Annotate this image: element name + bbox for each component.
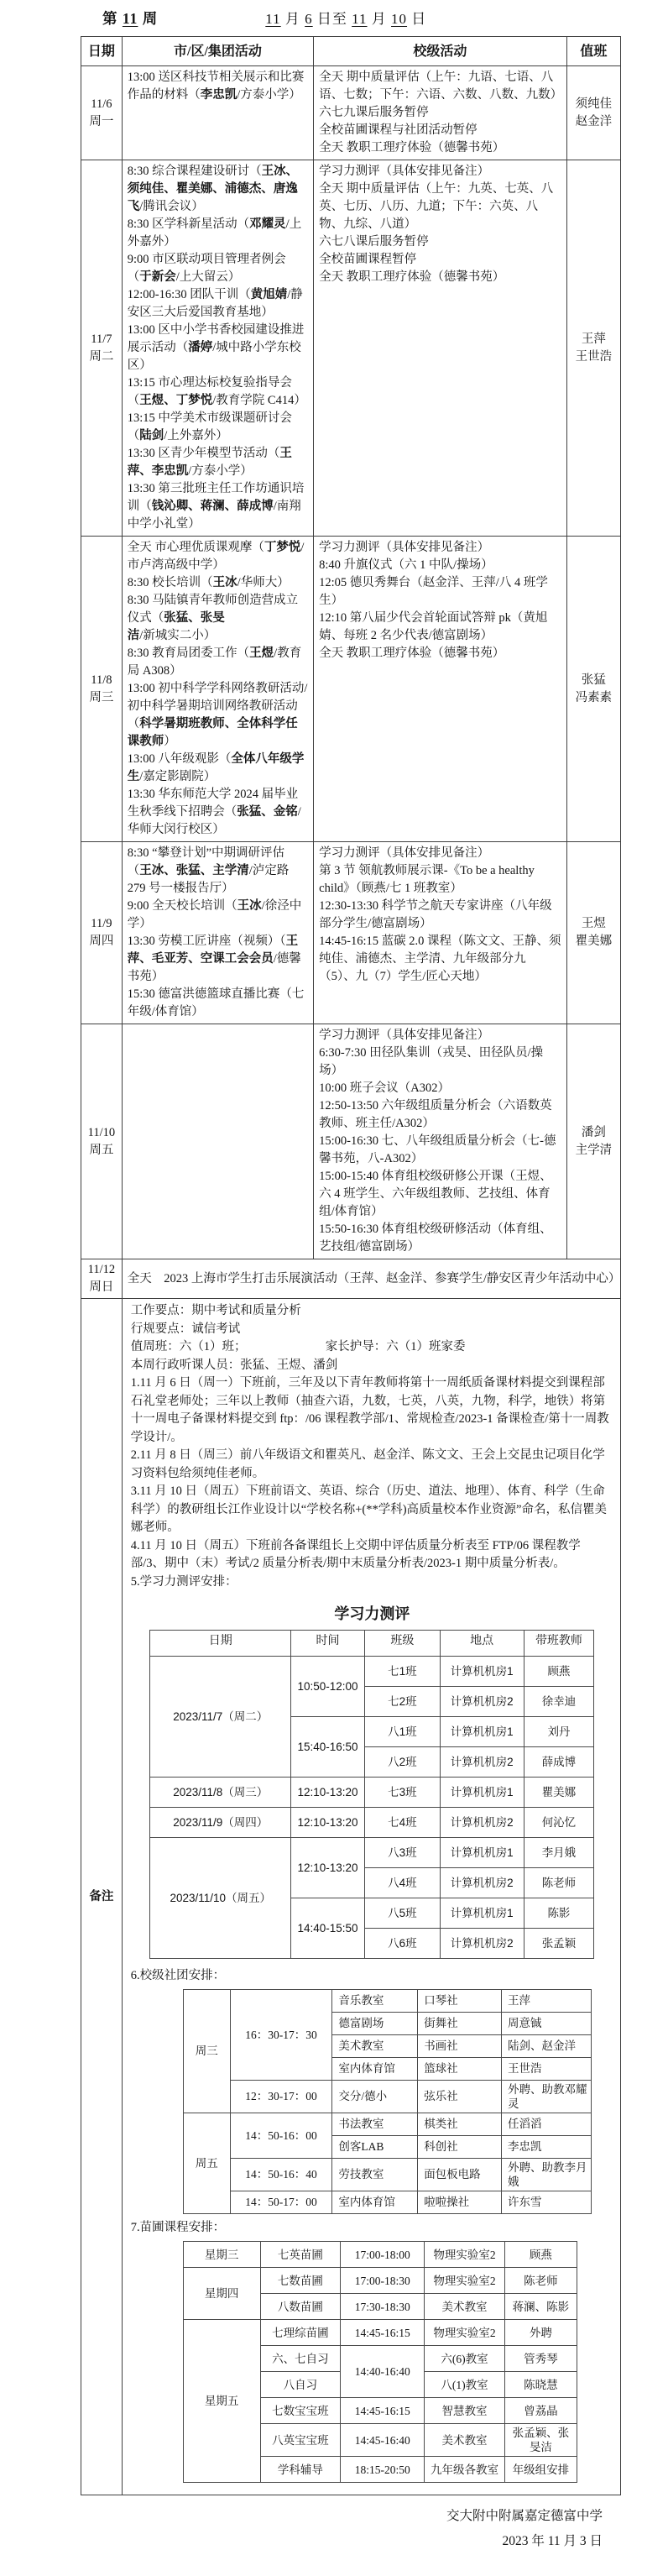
city-activity: 8:30 “攀登计划”中期调研评估（王冰、张猛、主学清/泸定路 279 号一楼报…	[128, 845, 308, 898]
assessment-teacher: 瞿美娜	[524, 1778, 594, 1808]
club-teacher: 王萍	[501, 1989, 591, 2012]
date-cell: 11/10周五	[81, 1024, 123, 1259]
school-activity: 学习力测评（具体安排见备注）	[319, 163, 561, 181]
note-line: 值周班：六（1）班； 家长护导：六（1）班家委	[131, 1338, 613, 1357]
club-row: 12：30-17：00交分/德小弦乐社外聘、助教邓耀灵	[183, 2080, 591, 2113]
seedling-course: 七理综苗圃	[260, 2320, 341, 2346]
assessment-column-header: 时间	[291, 1631, 365, 1657]
seedling-teacher: 曾荔晶	[504, 2398, 577, 2424]
club-room: 美术教室	[332, 2034, 418, 2057]
assessment-title: 学习力测评	[150, 1598, 594, 1631]
city-activity: 8:30 区学科新星活动（邓耀灵/上外嘉外）	[128, 216, 308, 251]
city-activity: 13:15 市心理达标校复验指导会（王煜、丁梦悦/教育学院 C414）	[128, 374, 308, 410]
school-activity: 12:30-13:30 科学节之航天专家讲座（八年级部分学生/德富剧场）	[319, 898, 561, 933]
assessment-class: 七1班	[364, 1657, 440, 1687]
weekly-schedule-table: 日期 市/区/集团活动 校级活动 值班 11/6周一13:00 送区科技节相关展…	[81, 36, 621, 2495]
city-activity: 13:00 八年级观影（全体八年级学生/嘉定影剧院）	[128, 751, 308, 786]
club-name: 啦啦操社	[418, 2191, 502, 2213]
schedule-row: 11/9周四8:30 “攀登计划”中期调研评估（王冰、张猛、主学清/泸定路 27…	[81, 842, 621, 1024]
duty-cell: 潘剑主学清	[566, 1024, 620, 1259]
weekday-value: 周三	[83, 689, 120, 707]
assessment-room: 计算机机房2	[440, 1687, 524, 1717]
city-activity: 12:00-16:30 团队干训（黄旭婧/静安区三大后爱国教育基地）	[128, 286, 308, 322]
assessment-date: 2023/11/10（周五）	[150, 1838, 291, 1959]
assessment-time: 12:10-13:20	[291, 1778, 365, 1808]
club-room: 音乐教室	[332, 1989, 418, 2012]
club-teacher: 外聘、助教邓耀灵	[501, 2080, 591, 2113]
city-activity: 9:00 全天校长培训（王冰/徐泾中学）	[128, 898, 308, 933]
club-teacher: 李忠凯	[501, 2135, 591, 2158]
club-teacher: 周意铖	[501, 2012, 591, 2034]
club-row: 周三16：30-17：30音乐教室口琴社王萍	[183, 1989, 591, 2012]
school-activity: 学习力测评（具体安排见备注）	[319, 539, 561, 557]
assessment-date: 2023/11/7（周二）	[150, 1657, 291, 1778]
city-activity: 13:15 中学美术市级课题研讨会（陆剑/上外嘉外）	[128, 410, 308, 445]
seedling-time: 14:45-16:15	[341, 2320, 425, 2346]
assessment-class: 八3班	[364, 1838, 440, 1868]
assessment-row: 2023/11/7（周二）10:50-12:00七1班计算机机房1顾燕	[150, 1657, 594, 1687]
club-day: 周三	[183, 1989, 230, 2113]
school-activity: 14:45-16:15 蓝碳 2.0 课程（陈文文、王静、须纯佳、浦德杰、主学清…	[319, 933, 561, 986]
assessment-column-header: 带班教师	[524, 1631, 594, 1657]
seedling-day: 星期五	[183, 2320, 260, 2483]
weekday-value: 周一	[83, 113, 120, 131]
duty-cell: 王萍王世浩	[566, 160, 620, 537]
seedling-time: 14:45-16:40	[341, 2424, 425, 2457]
city-activity: 13:00 区中小学书香校园建设推进展示活动（潘婷/城中路小学东校区）	[128, 322, 308, 374]
note-line: 5.学习力测评安排：	[131, 1573, 613, 1592]
weekday-value: 周日	[83, 1279, 120, 1296]
assessment-class: 八5班	[364, 1898, 440, 1929]
assessment-room: 计算机机房1	[440, 1898, 524, 1929]
clubs-heading: 6.校级社团安排：	[131, 1967, 613, 1986]
duty-cell: 须纯佳赵金洋	[566, 66, 620, 160]
school-activity: 全天 教职工理疗体验（德馨书苑）	[319, 269, 561, 286]
seedling-day: 星期四	[183, 2268, 260, 2320]
assessment-time: 14:40-15:50	[291, 1898, 365, 1959]
seedling-course: 六、七自习	[260, 2346, 341, 2372]
seedling-room: 美术教室	[425, 2424, 505, 2457]
seedling-time: 18:15-20:50	[341, 2457, 425, 2483]
date-value: 11/10	[83, 1124, 120, 1142]
school-activities-cell: 学习力测评（具体安排见备注）8:40 升旗仪式（六 1 中队/操场）12:05 …	[314, 537, 567, 842]
seedling-time: 17:30-18:30	[341, 2294, 425, 2320]
sunday-activity: 全天 2023 上海市学生打击乐展演活动（王萍、赵金洋、参赛学生/静安区青少年活…	[128, 1270, 615, 1288]
seedling-row: 星期三七英苗圃17:00-18:00物理实验室2顾燕	[183, 2242, 577, 2268]
assessment-class: 八2班	[364, 1747, 440, 1778]
seedling-room: 六(6)教室	[425, 2346, 505, 2372]
assessment-room: 计算机机房2	[440, 1929, 524, 1959]
city-activities-cell: 8:30 “攀登计划”中期调研评估（王冰、张猛、主学清/泸定路 279 号一楼报…	[122, 842, 313, 1024]
assessment-teacher: 徐幸迪	[524, 1687, 594, 1717]
seedling-course: 八英宝宝班	[260, 2424, 341, 2457]
city-activity: 8:30 马陆镇青年教师创造营成立仪式（张猛、张旻洁/新城实二小）	[128, 592, 308, 645]
assessment-room: 计算机机房2	[440, 1868, 524, 1898]
school-activity: 全校苗圃课程与社团活动暂停	[319, 122, 561, 139]
assessment-teacher: 顾燕	[524, 1657, 594, 1687]
column-header-city-activities: 市/区/集团活动	[122, 37, 313, 66]
city-activity: 8:30 综合课程建设研讨（王冰、须纯佳、瞿美娜、浦德杰、唐逸飞/腾讯会议）	[128, 163, 308, 216]
city-activities-cell	[122, 1024, 313, 1259]
note-line: 2.11 月 8 日（周三）前八年级语文和瞿英凡、赵金洋、陈文文、王会上交昆虫记…	[131, 1447, 613, 1483]
seedling-time: 17:00-18:00	[341, 2242, 425, 2268]
school-activities-cell: 全天 期中质量评估（上午：九语、七语、八语、七数；下午：六语、六数、八数、九数）…	[314, 66, 567, 160]
date-cell: 11/9周四	[81, 842, 123, 1024]
assessment-time: 15:40-16:50	[291, 1717, 365, 1778]
assessment-time: 10:50-12:00	[291, 1657, 365, 1717]
club-room: 劳技教室	[332, 2158, 418, 2191]
assessment-class: 八1班	[364, 1717, 440, 1747]
duty-person: 须纯佳	[569, 96, 618, 113]
assessment-class: 八6班	[364, 1929, 440, 1959]
club-teacher: 外聘、助教李月娥	[501, 2158, 591, 2191]
city-activity: 13:30 劳模工匠讲座（视频）（王萍、毛亚芳、空课工会会员/德馨书苑）	[128, 933, 308, 986]
city-activities-cell: 8:30 综合课程建设研讨（王冰、须纯佳、瞿美娜、浦德杰、唐逸飞/腾讯会议）8:…	[122, 160, 313, 537]
seedling-room: 八(1)教室	[425, 2372, 505, 2398]
club-teacher: 陆剑、赵金洋	[501, 2034, 591, 2057]
club-room: 德富剧场	[332, 2012, 418, 2034]
week-title: 第 11 周	[102, 10, 158, 28]
club-name: 街舞社	[418, 2012, 502, 2034]
duty-person: 瞿美娜	[569, 933, 618, 950]
assessment-teacher: 张孟颖	[524, 1929, 594, 1959]
assessment-teacher: 何沁忆	[524, 1808, 594, 1838]
date-cell: 11/12周日	[81, 1259, 123, 1299]
seedling-time: 14:40-16:40	[341, 2346, 425, 2398]
assessment-row: 2023/11/8（周三）12:10-13:20七3班计算机机房1瞿美娜	[150, 1778, 594, 1808]
date-value: 11/9	[83, 915, 120, 933]
club-time: 16：30-17：30	[230, 1989, 332, 2080]
school-activity: 六七八课后服务暂停	[319, 233, 561, 251]
city-activities-cell: 全天 市心理优质课观摩（丁梦悦/市卢湾高级中学）8:30 校长培训（王冰/华师大…	[122, 537, 313, 842]
duty-person: 赵金洋	[569, 113, 618, 131]
assessment-teacher: 陈影	[524, 1898, 594, 1929]
note-line: 1.11 月 6 日（周一）下班前，三年及以下青年教师将第十一周纸质备课材料提交…	[131, 1374, 613, 1447]
school-activity: 15:00-15:40 体育组校级研修公开课（王煜、六 4 班学生、六年级组教师…	[319, 1168, 561, 1221]
school-activity: 8:40 升旗仪式（六 1 中队/操场）	[319, 557, 561, 574]
school-activity: 学习力测评（具体安排见备注）	[319, 1027, 561, 1045]
assessment-column-header: 班级	[364, 1631, 440, 1657]
schedule-row: 11/10周五学习力测评（具体安排见备注）6:30-7:30 田径队集训（戎昊、…	[81, 1024, 621, 1259]
duty-person: 王煜	[569, 915, 618, 933]
seedling-day: 星期三	[183, 2242, 260, 2268]
assessment-room: 计算机机房1	[440, 1838, 524, 1868]
weekday-value: 周五	[83, 1142, 120, 1160]
club-room: 创客LAB	[332, 2135, 418, 2158]
seedling-course: 学科辅导	[260, 2457, 341, 2483]
assessment-room: 计算机机房2	[440, 1808, 524, 1838]
club-room: 交分/德小	[332, 2080, 418, 2113]
school-activity: 10:00 班子会议（A302）	[319, 1080, 561, 1097]
club-name: 棋类社	[418, 2113, 502, 2135]
date-value: 11/12	[83, 1261, 120, 1279]
duty-cell: 张猛冯素素	[566, 537, 620, 842]
school-activity: 6:30-7:30 田径队集训（戎昊、田径队员/操场）	[319, 1045, 561, 1080]
city-activity: 13:30 华东师范大学 2024 届毕业生秋季线下招聘会（张猛、金铭/华师大闵…	[128, 786, 308, 839]
assessment-column-header: 地点	[440, 1631, 524, 1657]
school-activity: 学习力测评（具体安排见备注）	[319, 845, 561, 862]
city-activity: 15:30 德富洪德篮球直播比赛（七年级/体育馆）	[128, 986, 308, 1021]
duty-person: 王世浩	[569, 348, 618, 366]
date-value: 11/7	[83, 331, 120, 348]
school-clubs-table: 周三16：30-17：30音乐教室口琴社王萍德富剧场街舞社周意铖美术教室书画社陆…	[183, 1989, 592, 2214]
club-name: 科创社	[418, 2135, 502, 2158]
assessment-time: 12:10-13:20	[291, 1838, 365, 1898]
city-activity: 8:30 教育局团委工作（王煜/教育局 A308）	[128, 645, 308, 680]
seedling-heading: 7.苗圃课程安排：	[131, 2219, 613, 2238]
seedling-teacher: 外聘	[504, 2320, 577, 2346]
seedling-course: 七数苗圃	[260, 2268, 341, 2294]
column-header-duty: 值班	[566, 37, 620, 66]
assessment-class: 七2班	[364, 1687, 440, 1717]
note-line: 3.11 月 10 日（周五）下班前语文、英语、综合（历史、道法、地理）、体育、…	[131, 1483, 613, 1537]
seedling-row: 星期四七数苗圃17:00-18:30物理实验室2陈老师	[183, 2268, 577, 2294]
school-activity: 全天 期中质量评估（上午：九语、七语、八语、七数；下午：六语、六数、八数、九数）	[319, 69, 561, 104]
city-activity: 全天 市心理优质课观摩（丁梦悦/市卢湾高级中学）	[128, 539, 308, 574]
seedling-teacher: 管秀琴	[504, 2346, 577, 2372]
seedling-room: 物理实验室2	[425, 2268, 505, 2294]
club-room: 书法教室	[332, 2113, 418, 2135]
club-name: 面包板电路	[418, 2158, 502, 2191]
club-teacher: 王世浩	[501, 2057, 591, 2080]
seedling-course: 八数苗圃	[260, 2294, 341, 2320]
assessment-class: 七3班	[364, 1778, 440, 1808]
note-line: 工作要点：期中考试和质量分析	[131, 1302, 613, 1321]
seedling-course: 八自习	[260, 2372, 341, 2398]
club-time: 12：30-17：00	[230, 2080, 332, 2113]
assessment-date: 2023/11/9（周四）	[150, 1808, 291, 1838]
note-line: 本周行政听课人员：张猛、王煜、潘剑	[131, 1357, 613, 1375]
city-activity: 9:00 市区联动项目管理者例会（于新会/上大留云）	[128, 251, 308, 286]
club-name: 弦乐社	[418, 2080, 502, 2113]
assessment-teacher: 刘丹	[524, 1717, 594, 1747]
date-cell: 11/8周三	[81, 537, 123, 842]
school-activity: 六七九课后服务暂停	[319, 104, 561, 122]
school-activity: 全校苗圃课程暂停	[319, 251, 561, 269]
city-activity: 13:30 区青少年模型节活动（王萍、李忠凯/方泰小学）	[128, 445, 308, 480]
seedling-teacher: 蒋澜、陈影	[504, 2294, 577, 2320]
assessment-room: 计算机机房1	[440, 1717, 524, 1747]
duty-person: 王萍	[569, 331, 618, 348]
date-value: 11/8	[83, 672, 120, 689]
seedling-room: 物理实验室2	[425, 2320, 505, 2346]
club-name: 口琴社	[418, 1989, 502, 2012]
assessment-teacher: 薛成博	[524, 1747, 594, 1778]
assessment-row: 2023/11/10（周五）12:10-13:20八3班计算机机房1李月娥	[150, 1838, 594, 1868]
assessment-header-row: 日期时间班级地点带班教师	[150, 1631, 594, 1657]
document-footer: 交大附中附属嘉定德富中学 2023 年 11 月 3 日	[81, 2504, 621, 2554]
club-name: 篮球社	[418, 2057, 502, 2080]
schedule-row: 11/6周一13:00 送区科技节相关展示和比赛作品的材料（李忠凯/方泰小学）全…	[81, 66, 621, 160]
seedling-room: 智慧教室	[425, 2398, 505, 2424]
duty-person: 潘剑	[569, 1124, 618, 1142]
club-row: 14：50-16：40劳技教室面包板电路外聘、助教李月娥	[183, 2158, 591, 2191]
schedule-row: 11/8周三全天 市心理优质课观摩（丁梦悦/市卢湾高级中学）8:30 校长培训（…	[81, 537, 621, 842]
date-value: 11/6	[83, 96, 120, 113]
seedling-room: 九年级各教室	[425, 2457, 505, 2483]
school-activity: 12:10 第八届少代会首轮面试答辩 pk（黄旭婧、每班 2 名少代表/德富剧场…	[319, 610, 561, 645]
seedling-course-table: 星期三七英苗圃17:00-18:00物理实验室2顾燕星期四七数苗圃17:00-1…	[183, 2241, 577, 2483]
duty-person: 冯素素	[569, 689, 618, 707]
assessment-date: 2023/11/8（周三）	[150, 1778, 291, 1808]
sunday-activity-cell: 全天 2023 上海市学生打击乐展演活动（王萍、赵金洋、参赛学生/静安区青少年活…	[122, 1259, 620, 1299]
issue-date: 2023 年 11 月 3 日	[81, 2529, 603, 2554]
school-activity: 15:00-16:30 七、八年级组质量分析会（七-德馨书苑，八-A302）	[319, 1133, 561, 1168]
seedling-teacher: 陈晓慧	[504, 2372, 577, 2398]
schedule-row: 11/7周二8:30 综合课程建设研讨（王冰、须纯佳、瞿美娜、浦德杰、唐逸飞/腾…	[81, 160, 621, 537]
school-activities-cell: 学习力测评（具体安排见备注）第 3 节 领航教师展示课-《To be a hea…	[314, 842, 567, 1024]
duty-person: 张猛	[569, 672, 618, 689]
club-row: 14：50-17：00室内体育馆啦啦操社许东雪	[183, 2191, 591, 2213]
club-name: 书画社	[418, 2034, 502, 2057]
seedling-teacher: 陈老师	[504, 2268, 577, 2294]
seedling-teacher: 张孟颖、张旻洁	[504, 2424, 577, 2457]
seedling-teacher: 年级组安排	[504, 2457, 577, 2483]
date-range: 11 月 6 日至 11 月 10 日	[265, 10, 426, 28]
school-activity: 12:05 德贝秀舞台（赵金洋、王萍/八 4 班学生）	[319, 574, 561, 610]
assessment-room: 计算机机房1	[440, 1657, 524, 1687]
date-cell: 11/6周一	[81, 66, 123, 160]
assessment-teacher: 陈老师	[524, 1868, 594, 1898]
assessment-class: 八4班	[364, 1868, 440, 1898]
club-time: 14：50-16：40	[230, 2158, 332, 2191]
assessment-class: 七4班	[364, 1808, 440, 1838]
school-activities-cell: 学习力测评（具体安排见备注）6:30-7:30 田径队集训（戎昊、田径队员/操场…	[314, 1024, 567, 1259]
club-teacher: 许东雪	[501, 2191, 591, 2213]
notes-label: 备注	[81, 1299, 123, 2495]
club-room: 室内体育馆	[332, 2191, 418, 2213]
city-activities-cell: 13:00 送区科技节相关展示和比赛作品的材料（李忠凯/方泰小学）	[122, 66, 313, 160]
notes-cell: 工作要点：期中考试和质量分析行规要点：诚信考试值周班：六（1）班； 家长护导：六…	[122, 1299, 620, 2495]
school-activities-cell: 学习力测评（具体安排见备注）全天 期中质量评估（上午：九英、七英、八英、七历、八…	[314, 160, 567, 537]
note-line: 4.11 月 10 日（周五）下班前各备课组长上交期中评估质量分析表至 FTP/…	[131, 1537, 613, 1573]
assessment-teacher: 李月娥	[524, 1838, 594, 1868]
seedling-room: 物理实验室2	[425, 2242, 505, 2268]
city-activity: 13:00 送区科技节相关展示和比赛作品的材料（李忠凯/方泰小学）	[128, 69, 308, 104]
schedule-header-row: 日期 市/区/集团活动 校级活动 值班	[81, 37, 621, 66]
duty-cell: 王煜瞿美娜	[566, 842, 620, 1024]
club-room: 室内体育馆	[332, 2057, 418, 2080]
club-row: 周五14：50-16：00书法教室棋类社任滔滔	[183, 2113, 591, 2135]
assessment-room: 计算机机房1	[440, 1778, 524, 1808]
city-activity: 8:30 校长培训（王冰/华师大）	[128, 574, 308, 592]
seedling-course: 七数宝宝班	[260, 2398, 341, 2424]
club-time: 14：50-16：00	[230, 2113, 332, 2158]
seedling-teacher: 顾燕	[504, 2242, 577, 2268]
seedling-course: 七英苗圃	[260, 2242, 341, 2268]
assessment-row: 2023/11/9（周四）12:10-13:20七4班计算机机房2何沁忆	[150, 1808, 594, 1838]
notes-row: 备注工作要点：期中考试和质量分析行规要点：诚信考试值周班：六（1）班； 家长护导…	[81, 1299, 621, 2495]
weekday-value: 周二	[83, 348, 120, 366]
note-line: 行规要点：诚信考试	[131, 1321, 613, 1339]
club-time: 14：50-17：00	[230, 2191, 332, 2213]
school-activity: 全天 教职工理疗体验（德馨书苑）	[319, 139, 561, 157]
school-activity: 全天 教职工理疗体验（德馨书苑）	[319, 645, 561, 662]
city-activity: 13:00 初中科学学科网络教研活动/初中科学暑期培训网络教研活动（科学暑期班教…	[128, 680, 308, 751]
seedling-room: 美术教室	[425, 2294, 505, 2320]
club-day: 周五	[183, 2113, 230, 2213]
duty-person: 主学清	[569, 1142, 618, 1160]
seedling-row: 星期五七理综苗圃14:45-16:15物理实验室2外聘	[183, 2320, 577, 2346]
school-activity: 12:50-13:50 六年级组质量分析会（六语数英教师、班主任/A302）	[319, 1097, 561, 1133]
assessment-room: 计算机机房2	[440, 1747, 524, 1778]
learning-assessment-table: 学习力测评日期时间班级地点带班教师2023/11/7（周二）10:50-12:0…	[149, 1598, 594, 1959]
document-header: 第 11 周 11 月 6 日至 11 月 10 日	[81, 10, 621, 28]
school-activity: 全天 期中质量评估（上午：九英、七英、八英、七历、八历、九道；下午：六英、八物、…	[319, 181, 561, 233]
weekly-schedule-document: 第 11 周 11 月 6 日至 11 月 10 日 日期 市/区/集团活动 校…	[0, 0, 668, 2576]
seedling-time: 17:00-18:30	[341, 2268, 425, 2294]
school-name: 交大附中附属嘉定德富中学	[81, 2504, 603, 2529]
date-cell: 11/7周二	[81, 160, 123, 537]
column-header-school-activities: 校级活动	[314, 37, 567, 66]
weekday-value: 周四	[83, 933, 120, 950]
club-teacher: 任滔滔	[501, 2113, 591, 2135]
school-activity: 15:50-16:30 体育组校级研修活动（体育组、艺技组/德富剧场）	[319, 1221, 561, 1256]
column-header-date: 日期	[81, 37, 123, 66]
seedling-time: 14:45-16:15	[341, 2398, 425, 2424]
assessment-time: 12:10-13:20	[291, 1808, 365, 1838]
schedule-row-sunday: 11/12周日全天 2023 上海市学生打击乐展演活动（王萍、赵金洋、参赛学生/…	[81, 1259, 621, 1299]
assessment-column-header: 日期	[150, 1631, 291, 1657]
school-activity: 第 3 节 领航教师展示课-《To be a healthy child》（顾燕…	[319, 862, 561, 898]
city-activity: 13:30 第三批班主任工作坊通识培训（钱沁卿、蒋澜、薛成博/南翔中学小礼堂）	[128, 480, 308, 533]
